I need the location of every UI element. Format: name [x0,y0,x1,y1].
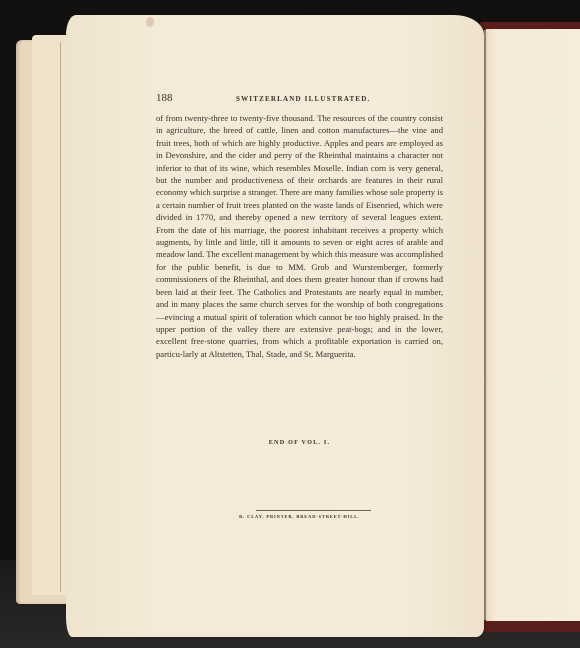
running-head: 188 SWITZERLAND ILLUSTRATED. [156,92,443,108]
right-facing-page [486,29,580,621]
gutter-line [484,30,486,620]
page-content: 188 SWITZERLAND ILLUSTRATED. of from twe… [156,92,443,360]
body-paragraph: of from twenty-three to twenty-five thou… [156,112,443,360]
paper-stain [146,17,154,27]
imprint-rule [256,510,371,511]
page-stack-line [60,42,61,592]
page-number: 188 [156,92,236,104]
end-of-volume-note: END OF VOL. I. [156,439,443,446]
running-header-title: SWITZERLAND ILLUSTRATED. [236,95,370,103]
printer-imprint: R. CLAY, PRINTER, BREAD-STREET-HILL. [156,514,443,519]
